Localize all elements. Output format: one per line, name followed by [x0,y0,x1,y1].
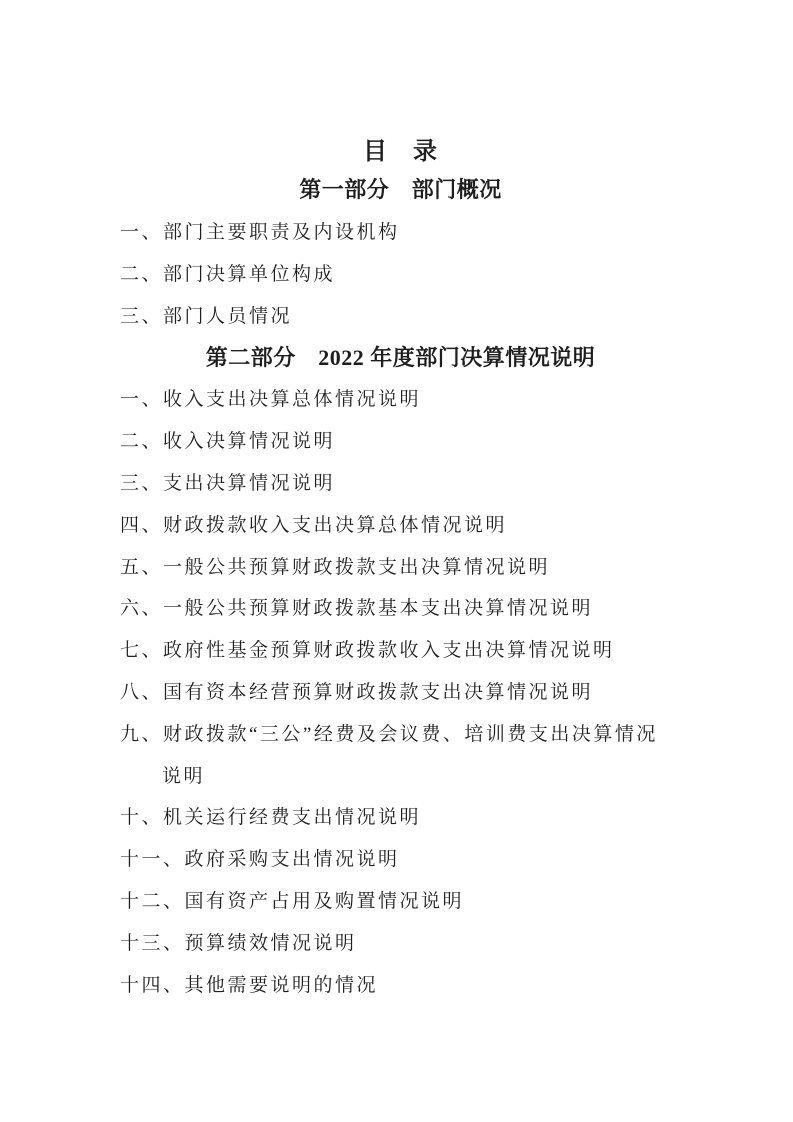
document-page: 目 录 第一部分 部门概况 一、部门主要职责及内设机构 二、部门决算单位构成 三… [0,0,793,1122]
toc-item: 七、政府性基金预算财政拨款收入支出决算情况说明 [120,628,681,670]
toc-item: 二、部门决算单位构成 [120,252,681,294]
toc-item: 三、部门人员情况 [120,293,681,335]
toc-item-continuation: 说明 [120,753,681,795]
section-2-heading: 第二部分 2022 年度部门决算情况说明 [120,335,681,377]
toc-item: 一、部门主要职责及内设机构 [120,210,681,252]
toc-item: 六、一般公共预算财政拨款基本支出决算情况说明 [120,586,681,628]
toc-item: 三、支出决算情况说明 [120,461,681,503]
toc-item: 二、收入决算情况说明 [120,419,681,461]
toc-item: 十一、政府采购支出情况说明 [120,837,681,879]
toc-title: 目 录 [120,128,681,168]
toc-content: 目 录 第一部分 部门概况 一、部门主要职责及内设机构 二、部门决算单位构成 三… [0,0,793,1004]
toc-item: 十、机关运行经费支出情况说明 [120,795,681,837]
toc-item: 四、财政拨款收入支出决算总体情况说明 [120,502,681,544]
section-1-heading: 第一部分 部门概况 [120,168,681,210]
toc-item: 十三、预算绩效情况说明 [120,920,681,962]
toc-item: 十四、其他需要说明的情况 [120,962,681,1004]
toc-item: 十二、国有资产占用及购置情况说明 [120,879,681,921]
toc-item: 九、财政拨款“三公”经费及会议费、培训费支出决算情况 [120,711,681,753]
toc-item: 八、国有资本经营预算财政拨款支出决算情况说明 [120,670,681,712]
toc-item: 一、收入支出决算总体情况说明 [120,377,681,419]
toc-item: 五、一般公共预算财政拨款支出决算情况说明 [120,544,681,586]
